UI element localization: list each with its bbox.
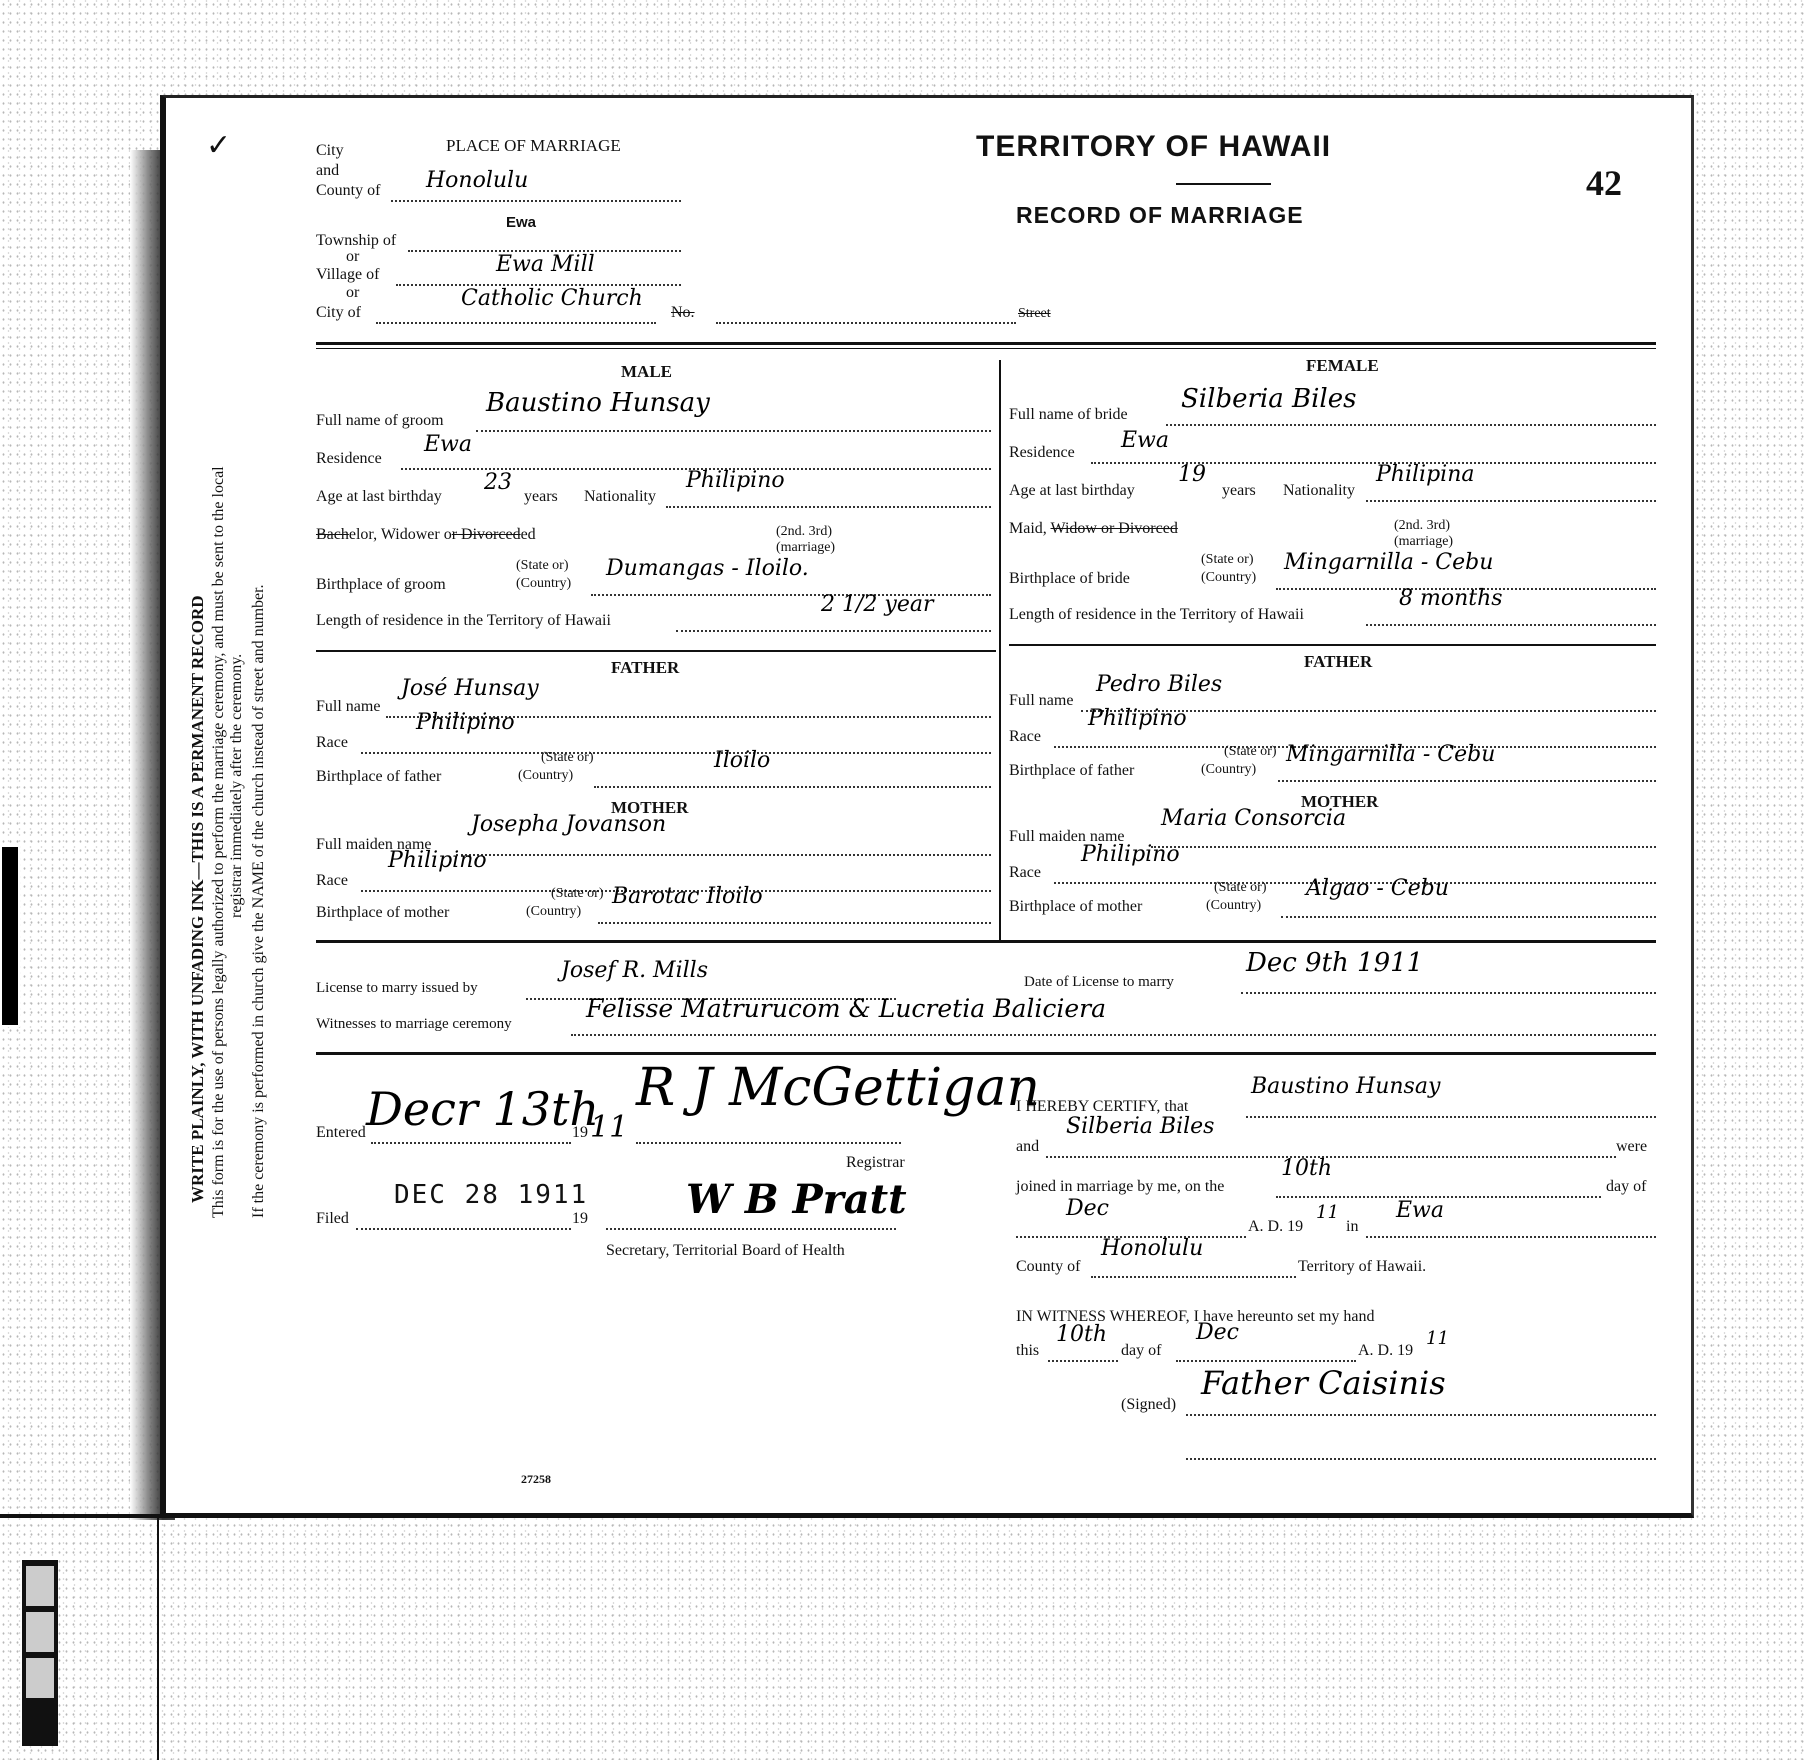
entered-label: Entered	[316, 1124, 366, 1142]
groom-mother-name-line	[456, 854, 991, 856]
groom-mother-name-value: Josepha Jovanson	[471, 812, 666, 837]
bride-residence-label: Residence	[1009, 444, 1075, 462]
bride-age-value: 19	[1178, 462, 1206, 487]
bride-marriage-ordinal: (2nd. 3rd)	[1394, 518, 1450, 534]
city-of-label: City of	[316, 304, 361, 322]
license-issued-value: Josef R. Mills	[561, 958, 708, 983]
groom-marriage-word: (marriage)	[776, 540, 835, 556]
title-divider	[1176, 183, 1271, 185]
bride-residence-line	[1091, 462, 1656, 464]
witnesses-line	[571, 1034, 1656, 1036]
bride-father-heading: FATHER	[1304, 652, 1372, 672]
place-heading: PLACE OF MARRIAGE	[446, 136, 621, 156]
joined-month-value: Dec	[1066, 1196, 1109, 1221]
groom-father-race-label: Race	[316, 734, 348, 752]
groom-country: (Country)	[516, 576, 571, 592]
day-of-label: day of	[1606, 1178, 1646, 1196]
or-label-1: or	[346, 248, 359, 266]
cert-county-label: County of	[1016, 1258, 1080, 1276]
filed-year-prefix: 19	[572, 1210, 588, 1228]
license-date-value: Dec 9th 1911	[1246, 948, 1423, 978]
groom-mother-birthplace-value: Barotac Iloilo	[612, 884, 763, 909]
joined-in-label: in	[1346, 1218, 1358, 1236]
groom-age-label: Age at last birthday	[316, 488, 442, 506]
groom-mother-birthplace-label: Birthplace of mother	[316, 904, 449, 922]
registrar-label: Registrar	[846, 1154, 905, 1172]
entered-year-value: 11	[590, 1110, 628, 1145]
groom-mother-birthplace-line	[598, 922, 991, 924]
certify-groom-value: Baustino Hunsay	[1251, 1074, 1440, 1099]
page-edge-vertical	[157, 1514, 159, 1760]
license-date-label: Date of License to marry	[1024, 974, 1174, 991]
groom-father-birthplace-line	[594, 786, 991, 788]
groom-marital-status: Bachelor, Widower or Divorceded	[316, 526, 536, 544]
record-number: 42	[1586, 162, 1622, 204]
bride-father-name-label: Full name	[1009, 692, 1073, 710]
entered-value: Decr 13th	[366, 1082, 599, 1136]
signed-value: Father Caisinis	[1201, 1364, 1446, 1402]
bride-marriage-word: (marriage)	[1394, 534, 1453, 550]
city-line	[376, 322, 656, 324]
this-label: this	[1016, 1342, 1039, 1360]
this-year-value: 11	[1426, 1328, 1449, 1349]
county-line	[391, 200, 681, 202]
signed-label: (Signed)	[1121, 1396, 1176, 1414]
this-month-line	[1176, 1360, 1356, 1362]
cert-county-value: Honolulu	[1101, 1236, 1203, 1261]
secretary-signature: W B Pratt	[686, 1176, 907, 1223]
groom-father-birthplace-label: Birthplace of father	[316, 768, 441, 786]
bride-mother-race-label: Race	[1009, 864, 1041, 882]
joined-label: joined in marriage by me, on the	[1016, 1178, 1224, 1196]
or-label-2: or	[346, 284, 359, 302]
joined-day-value: 10th	[1281, 1156, 1332, 1181]
groom-name-line	[476, 430, 991, 432]
film-strip	[22, 1560, 58, 1746]
joined-year-value: 11	[1316, 1202, 1339, 1223]
divider-registry	[316, 1052, 1656, 1055]
license-issued-label: License to marry issued by	[316, 980, 478, 997]
bride-mother-name-value: Maria Consorcia	[1161, 806, 1346, 831]
joined-place-value: Ewa	[1396, 1198, 1444, 1223]
widow-divorced-struck: Widow or Divorced	[1051, 520, 1178, 537]
bride-mother-state-or: (State or)	[1214, 880, 1266, 896]
no-label: No.	[671, 304, 695, 322]
bachelor-struck: Bach	[316, 526, 349, 543]
groom-residence-length-line	[676, 630, 991, 632]
bride-residence-length-value: 8 months	[1399, 586, 1503, 611]
cert-county-line	[1091, 1276, 1296, 1278]
form-number: 27258	[521, 1472, 551, 1487]
signed-line	[1186, 1414, 1656, 1416]
maid-text: Maid,	[1009, 520, 1047, 537]
bride-father-race-label: Race	[1009, 728, 1041, 746]
bride-mother-birthplace-line	[1281, 916, 1656, 918]
male-heading: MALE	[621, 362, 672, 382]
groom-father-state-or: (State or)	[541, 750, 593, 766]
groom-residence-label: Residence	[316, 450, 382, 468]
bride-age-label: Age at last birthday	[1009, 482, 1135, 500]
street-label: Street	[1018, 306, 1051, 322]
bride-nationality-label: Nationality	[1283, 482, 1355, 500]
joined-ad-label: A. D. 19	[1248, 1218, 1303, 1236]
bride-nationality-line	[1366, 500, 1656, 502]
marriage-record-form: WRITE PLAINLY, WITH UNFADING INK—THIS IS…	[160, 95, 1694, 1518]
groom-years-label: years	[524, 488, 558, 506]
bride-father-birthplace-label: Birthplace of father	[1009, 762, 1134, 780]
groom-father-race-value: Philipino	[416, 710, 515, 735]
bride-mother-birthplace-label: Birthplace of mother	[1009, 898, 1142, 916]
margin-note-registrar: registrar immediately after the ceremony…	[228, 654, 246, 918]
territory-label: Territory of Hawaii.	[1298, 1258, 1426, 1276]
this-day-line	[1048, 1360, 1118, 1362]
registrar-line	[636, 1142, 901, 1144]
divorced-struck: r Divorced	[452, 526, 521, 543]
bride-birthplace-label: Birthplace of bride	[1009, 570, 1130, 588]
this-month-value: Dec	[1196, 1320, 1239, 1345]
city-label: City	[316, 142, 344, 160]
widower-text: elor, Widower o	[349, 526, 452, 543]
groom-nationality-label: Nationality	[584, 488, 656, 506]
bride-years-label: years	[1222, 482, 1256, 500]
bride-mother-country: (Country)	[1206, 898, 1261, 914]
bride-father-state-or: (State or)	[1224, 744, 1276, 760]
groom-residence-length-label: Length of residence in the Territory of …	[316, 612, 611, 630]
document-title: TERRITORY OF HAWAII	[976, 130, 1331, 164]
signed-second-line	[1186, 1458, 1656, 1460]
bride-residence-value: Ewa	[1121, 428, 1169, 453]
registrar-signature: R J McGettigan	[636, 1058, 1040, 1118]
bride-father-name-value: Pedro Biles	[1096, 672, 1222, 697]
bride-birthplace-value: Mingarnilla - Cebu	[1284, 550, 1493, 575]
bride-father-birthplace-line	[1278, 780, 1656, 782]
street-line	[716, 322, 1016, 324]
groom-mother-race-value: Philipino	[388, 848, 487, 873]
bride-residence-length-line	[1366, 624, 1656, 626]
groom-father-birthplace-value: Iloilo	[714, 748, 770, 773]
divider-license	[316, 940, 1656, 943]
filed-label: Filed	[316, 1210, 349, 1228]
center-rule	[999, 360, 1001, 940]
groom-residence-length-value: 2 1/2 year	[821, 592, 933, 617]
filed-stamp: DEC 28 1911	[394, 1180, 588, 1210]
village-label: Village of	[316, 266, 379, 284]
certify-bride-value: Silberia Biles	[1066, 1114, 1214, 1139]
bride-state-or: (State or)	[1201, 552, 1253, 568]
bride-father-country: (Country)	[1201, 762, 1256, 778]
bride-residence-length-label: Length of residence in the Territory of …	[1009, 606, 1304, 624]
margin-note-usage: This form is for the use of persons lega…	[210, 466, 228, 1218]
bride-name-value: Silberia Biles	[1181, 384, 1356, 414]
township-value: Ewa	[506, 214, 536, 231]
bride-father-race-value: Philipino	[1088, 706, 1187, 731]
groom-father-country: (Country)	[518, 768, 573, 784]
witnesses-value: Felisse Matrurucom & Lucretia Baliciera	[586, 994, 1106, 1023]
groom-father-name-label: Full name	[316, 698, 380, 716]
entered-year-prefix: 19	[572, 1124, 588, 1142]
this-ad-label: A. D. 19	[1358, 1342, 1413, 1360]
city-value: Catholic Church	[461, 286, 643, 311]
certify-and-label: and	[1016, 1138, 1039, 1156]
divider-top-2	[316, 348, 1656, 349]
groom-mother-country: (Country)	[526, 904, 581, 920]
divider-female	[1009, 644, 1656, 646]
groom-nationality-value: Philipino	[686, 468, 785, 493]
secretary-label: Secretary, Territorial Board of Health	[606, 1242, 845, 1260]
groom-name-label: Full name of groom	[316, 412, 444, 430]
entered-line	[371, 1142, 571, 1144]
groom-state-or: (State or)	[516, 558, 568, 574]
county-label: County of	[316, 182, 380, 200]
groom-nationality-line	[666, 506, 991, 508]
index-tab	[0, 845, 20, 1027]
village-value: Ewa Mill	[496, 252, 595, 277]
divider-male	[316, 650, 996, 652]
status-suffix: ed	[521, 526, 536, 543]
margin-note-permanent: WRITE PLAINLY, WITH UNFADING INK—THIS IS…	[188, 595, 208, 1203]
bride-marital-status: Maid, Widow or Divorced	[1009, 520, 1178, 538]
margin-note-church: If the ceremony is performed in church g…	[250, 584, 268, 1218]
certify-were-label: were	[1616, 1138, 1647, 1156]
bride-country: (Country)	[1201, 570, 1256, 586]
groom-age-value: 23	[484, 470, 512, 495]
bride-mother-name-line	[1151, 846, 1656, 848]
groom-residence-value: Ewa	[424, 432, 472, 457]
bride-mother-race-value: Philipino	[1081, 842, 1180, 867]
groom-father-name-value: José Hunsay	[401, 676, 539, 701]
filed-line	[356, 1228, 571, 1230]
bride-name-label: Full name of bride	[1009, 406, 1128, 424]
bride-mother-birthplace-value: Algao - Cebu	[1306, 876, 1449, 901]
secretary-line	[606, 1228, 896, 1230]
witnesses-label: Witnesses to marriage ceremony	[316, 1016, 512, 1033]
document-subtitle: RECORD OF MARRIAGE	[1016, 202, 1304, 229]
groom-father-heading: FATHER	[611, 658, 679, 678]
female-heading: FEMALE	[1306, 356, 1379, 376]
license-date-line	[1241, 992, 1656, 994]
groom-marriage-ordinal: (2nd. 3rd)	[776, 524, 832, 540]
and-label: and	[316, 162, 339, 180]
page-edge-line	[0, 1514, 160, 1518]
joined-place-line	[1366, 1236, 1656, 1238]
groom-mother-state-or: (State or)	[551, 886, 603, 902]
groom-name-value: Baustino Hunsay	[486, 388, 710, 418]
this-day-value: 10th	[1056, 1322, 1107, 1347]
bride-nationality-value: Philipina	[1376, 462, 1474, 487]
check-mark-icon: ✓	[206, 128, 231, 163]
this-day-of-label: day of	[1121, 1342, 1161, 1360]
bride-name-line	[1166, 424, 1656, 426]
certify-groom-line	[1246, 1116, 1656, 1118]
bride-father-birthplace-value: Mingarnilla - Cebu	[1286, 742, 1495, 767]
groom-birthplace-value: Dumangas - Iloilo.	[606, 556, 809, 581]
groom-father-race-line	[361, 752, 991, 754]
groom-birthplace-label: Birthplace of groom	[316, 576, 446, 594]
groom-mother-race-label: Race	[316, 872, 348, 890]
divider-top	[316, 342, 1656, 345]
county-value: Honolulu	[426, 168, 528, 193]
